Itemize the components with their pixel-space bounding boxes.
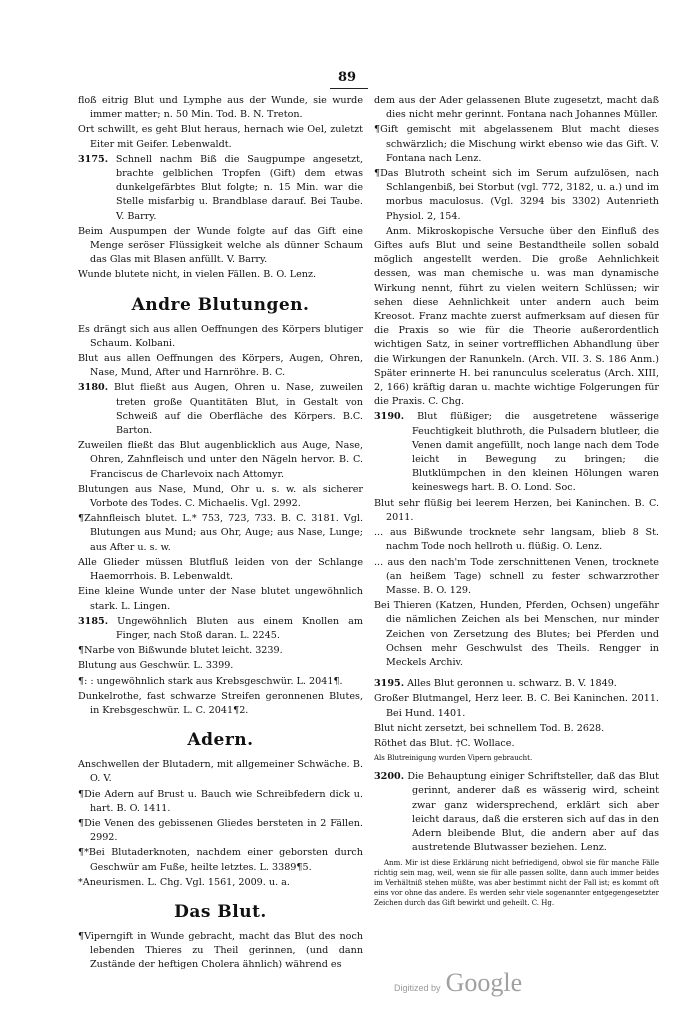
entry: Alle Glieder müssen Blutfluß leiden von … bbox=[78, 556, 363, 584]
entry: ¶Die Venen des gebissenen Gliedes berste… bbox=[78, 817, 363, 845]
entry-number: 3175. bbox=[78, 154, 108, 165]
entry: Anschwellen der Blutadern, mit allgemein… bbox=[78, 758, 363, 786]
small-note: Als Blutreinigung wurden Vipern gebrauch… bbox=[374, 753, 659, 764]
page-number: 89 bbox=[338, 70, 356, 85]
entry: ¶*Bei Blutaderknoten, nachdem einer gebo… bbox=[78, 846, 363, 874]
entry: Blut nicht zersetzt, bei schnellem Tod. … bbox=[374, 722, 659, 736]
section-heading-adern: Adern. bbox=[78, 730, 363, 750]
watermark-prefix: Digitized by bbox=[394, 983, 441, 993]
entry: Großer Blutmangel, Herz leer. B. C. Bei … bbox=[374, 692, 659, 720]
entry-text: Alles Blut geronnen u. schwarz. B. V. 18… bbox=[407, 678, 617, 689]
entry: *Aneurismen. L. Chg. Vgl. 1561, 2009. u.… bbox=[78, 876, 363, 890]
numbered-entry: 3200. Die Behauptung einiger Schriftstel… bbox=[390, 770, 659, 855]
entry-text: Blut fließt aus Augen, Ohren u. Nase, zu… bbox=[114, 382, 363, 436]
entry-text: Die Behauptung einiger Schriftsteller, d… bbox=[407, 771, 659, 853]
google-logo: Google bbox=[446, 968, 523, 997]
numbered-entry: 3185. Ungewöhnlich Bluten aus einem Knol… bbox=[94, 615, 363, 643]
entry: ... aus den nach'm Tode zerschnittenen V… bbox=[374, 556, 659, 599]
entry: Wunde blutete nicht, in vielen Fällen. B… bbox=[78, 268, 363, 282]
entry: Röthet das Blut. †C. Wollace. bbox=[374, 737, 659, 751]
entry: ¶Gift gemischt mit abgelassenem Blut mac… bbox=[374, 123, 659, 166]
entry-number: 3185. bbox=[78, 616, 108, 627]
entry: Blutung aus Geschwür. L. 3399. bbox=[78, 659, 363, 673]
entry: ¶: : ungewöhnlich stark aus Krebsgeschwü… bbox=[78, 675, 363, 689]
entry: ¶Das Blutroth scheint sich im Serum aufz… bbox=[374, 167, 659, 224]
entry: Blutungen aus Nase, Mund, Ohr u. s. w. a… bbox=[78, 483, 363, 511]
entry: Eine kleine Wunde unter der Nase blutet … bbox=[78, 585, 363, 613]
entry: ¶Viperngift in Wunde gebracht, macht das… bbox=[78, 930, 363, 973]
entry: Bei Thieren (Katzen, Hunden, Pferden, Oc… bbox=[374, 599, 659, 670]
entry-number: 3180. bbox=[78, 382, 108, 393]
entry-number: 3200. bbox=[374, 771, 404, 782]
section-heading-andre-blutungen: Andre Blutungen. bbox=[78, 295, 363, 315]
entry: dem aus der Ader gelassenen Blute zugese… bbox=[374, 94, 659, 122]
entry-text: Ungewöhnlich Bluten aus einem Knollen am… bbox=[116, 616, 363, 641]
numbered-entry: 3175. Schnell nachm Biß die Saugpumpe an… bbox=[94, 153, 363, 224]
entry: floß eitrig Blut und Lymphe aus der Wund… bbox=[78, 94, 363, 122]
annotation-anm: Anm. Mikroskopische Versuche über den Ei… bbox=[374, 225, 659, 410]
entry: Blut aus allen Oeffnungen des Körpers, A… bbox=[78, 352, 363, 380]
entry: ¶Narbe von Bißwunde blutet leicht. 3239. bbox=[78, 644, 363, 658]
entry: Ort schwillt, es geht Blut heraus, herna… bbox=[78, 123, 363, 151]
numbered-entry: 3180. Blut fließt aus Augen, Ohren u. Na… bbox=[94, 381, 363, 438]
entry: Dunkelrothe, fast schwarze Streifen gero… bbox=[78, 690, 363, 718]
entry: ¶Die Adern auf Brust u. Bauch wie Schrei… bbox=[78, 788, 363, 816]
entry-text: Schnell nachm Biß die Saugpumpe angesetz… bbox=[116, 154, 363, 222]
numbered-entry: 3195. Alles Blut geronnen u. schwarz. B.… bbox=[390, 677, 659, 691]
entry-number: 3195. bbox=[374, 678, 404, 689]
entry: Blut sehr flüßig bei leerem Herzen, bei … bbox=[374, 497, 659, 525]
page-number-rule bbox=[330, 88, 368, 89]
annotation-anm: Anm. Mir ist diese Erklärung nicht befri… bbox=[374, 858, 659, 908]
entry: ... aus Bißwunde trocknete sehr langsam,… bbox=[374, 526, 659, 554]
section-heading-das-blut: Das Blut. bbox=[78, 902, 363, 922]
entry-number: 3190. bbox=[374, 411, 404, 422]
digitized-by-google-watermark: Digitized by Google bbox=[394, 968, 522, 998]
numbered-entry: 3190. Blut flüßiger; die ausgetretene wä… bbox=[390, 410, 659, 495]
entry: Beim Auspumpen der Wunde folgte auf das … bbox=[78, 225, 363, 268]
entry: ¶Zahnfleisch blutet. L.* 753, 723, 733. … bbox=[78, 512, 363, 555]
entry: Zuweilen fließt das Blut augenblicklich … bbox=[78, 439, 363, 482]
entry: Es drängt sich aus allen Oeffnungen des … bbox=[78, 323, 363, 351]
right-column: dem aus der Ader gelassenen Blute zugese… bbox=[374, 94, 659, 915]
left-column: floß eitrig Blut und Lymphe aus der Wund… bbox=[78, 94, 363, 974]
entry-text: Blut flüßiger; die ausgetretene wässerig… bbox=[412, 411, 659, 493]
